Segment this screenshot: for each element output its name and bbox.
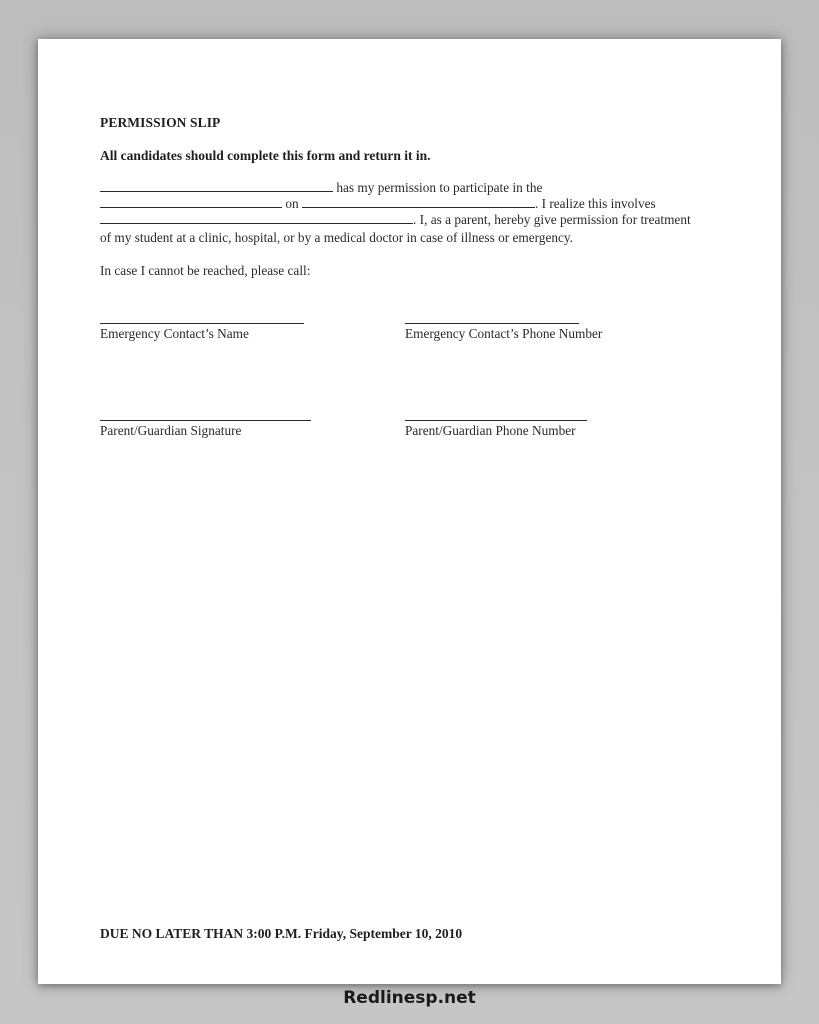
involves-blank[interactable]	[100, 212, 413, 224]
emergency-name-label: Emergency Contact’s Name	[100, 326, 249, 342]
paragraph-text: . I, as a parent, hereby give permission…	[413, 212, 691, 227]
guardian-phone-label: Parent/Guardian Phone Number	[405, 423, 576, 439]
call-instruction: In case I cannot be reached, please call…	[100, 263, 310, 279]
document-page: PERMISSION SLIP All candidates should co…	[38, 39, 781, 984]
guardian-signature-label: Parent/Guardian Signature	[100, 423, 241, 439]
paragraph-text: has my permission to participate in the	[336, 180, 542, 195]
paragraph-line-3: . I, as a parent, hereby give permission…	[100, 212, 691, 228]
guardian-phone-line[interactable]	[405, 420, 587, 421]
instruction-text: All candidates should complete this form…	[100, 148, 431, 164]
emergency-phone-label: Emergency Contact’s Phone Number	[405, 326, 602, 342]
participant-name-blank[interactable]	[100, 180, 333, 192]
document-title: PERMISSION SLIP	[100, 115, 220, 131]
guardian-signature-line[interactable]	[100, 420, 311, 421]
emergency-name-line[interactable]	[100, 323, 304, 324]
paragraph-text: . I realize this involves	[535, 196, 656, 211]
watermark: Redlinesp.net	[0, 988, 819, 1008]
date-blank[interactable]	[302, 196, 535, 208]
paragraph-line-1: has my permission to participate in the	[100, 180, 542, 196]
paragraph-line-4: of my student at a clinic, hospital, or …	[100, 230, 573, 246]
activity-blank[interactable]	[100, 196, 282, 208]
emergency-phone-line[interactable]	[405, 323, 579, 324]
paragraph-text: on	[285, 196, 298, 211]
paragraph-line-2: on . I realize this involves	[100, 196, 656, 212]
due-date-text: DUE NO LATER THAN 3:00 P.M. Friday, Sept…	[100, 926, 462, 942]
